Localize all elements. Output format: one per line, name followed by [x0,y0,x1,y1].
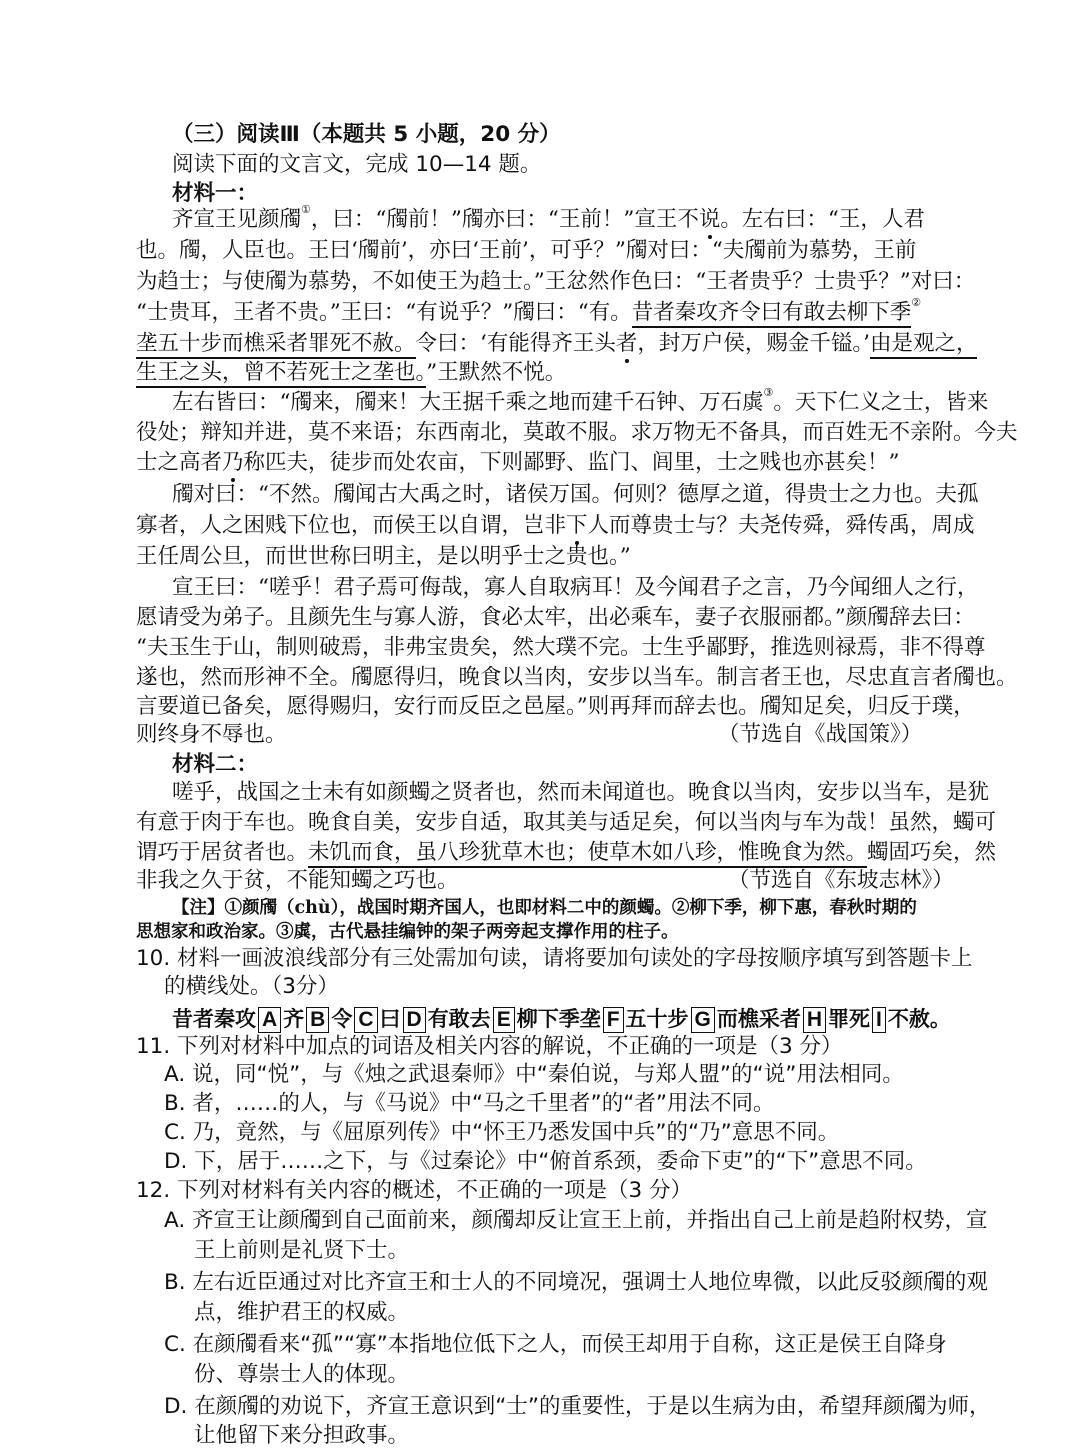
q12-stem: 12. 下列对材料有关内容的概述，不正确的一项是（3 分） [136,1176,692,1206]
notes-line2: 思想家和政治家。③虡，古代悬挂编钟的架子两旁起支撑作用的柱子。 [136,917,679,947]
q10-stem-line2: 的横线处。（3分） [164,972,339,1002]
material1-p4-line2: 愿请受为弟子。且颜先生与寡人游，食必太牢，出必乘车，妻子衣服丽都。”颜斶辞去曰： [136,603,975,633]
emphasis-dot-word: 下 [566,513,588,538]
option-box-e[interactable]: E [493,1007,515,1033]
q11-option-a[interactable]: A. 说，同“悦”，与《烛之武退秦师》中“秦伯说，与郑人盟”的“说”用法相同。 [164,1060,904,1090]
footnote-marker-2: ② [911,296,921,309]
material1-p1-line3: 为趋士；与使斶为慕势，不如使王为趋士。”王忿然作色曰：“王者贵乎？士贵乎？”对曰… [136,267,975,297]
material1-p2-line3: 士之高者乃称匹夫，徒步而处农亩，下则鄙野、监门、闾里，士之贱也亦甚矣！” [136,448,900,478]
option-box-d[interactable]: D [403,1007,426,1033]
material1-p4-line5: 言要道已备矣，愿得赐归，安行而反臣之邑屋。”则再拜而辞去也。斶知足矣，归反于璞， [136,692,975,722]
section-title: （三）阅读Ⅲ（本题共 5 小题，20 分） [172,120,561,150]
material1-p3-line2: 寡者，人之困贱下位也，而侯王以自谓，岂非下人而尊贵士与？夫尧传舜，舜传禹，周成 [136,511,975,541]
material1-p1-line1: 齐宣王见颜斶①，曰：“斶前！”斶亦曰：“王前！”宣王不说。左右曰：“王，人君 [172,205,925,235]
q11-stem: 11. 下列对材料中加点的词语及相关内容的解说，不正确的一项是（3 分） [136,1032,843,1062]
material2-line4: 非我之久于贫，不能知蠋之巧也。 [136,866,459,896]
emphasis-dot-word: 说 [699,207,721,232]
material1-p1-line5: 垄五十步而樵采者罪死不赦。令曰：‘有能得齐王头者，封万户侯，赐金千镒。’由是观之… [136,329,977,359]
footnote-marker-1: ① [301,203,311,216]
instruction: 阅读下面的文言文，完成 10—14 题。 [172,150,541,180]
underline-sentence: 由是观之， [870,331,978,359]
wavy-underline-passage: 垄五十步而樵采者罪死不赦。 [136,331,416,359]
material1-source: （节选自《战国策》） [718,720,922,750]
q11-option-b[interactable]: B. 者，……的人，与《马说》中“马之千里者”的“者”用法不同。 [164,1089,774,1119]
option-box-g[interactable]: G [691,1007,715,1033]
material2-source: （节选自《东坡志林》） [728,866,954,896]
option-box-c[interactable]: C [354,1007,377,1033]
wavy-underline-passage: 昔者秦攻齐令曰有敢去柳下季 [632,300,912,328]
q11-option-c[interactable]: C. 乃，竟然，与《屈原列传》中“怀王乃悉发国中兵”的“乃”意思不同。 [164,1118,839,1148]
option-box-b[interactable]: B [306,1007,329,1033]
emphasis-dot-word: 者 [616,331,638,356]
material1-p3-line3: 王任周公旦，而世世称曰明主，是以明乎士之贵也。” [136,542,631,572]
material1-p1-line2: 也。斶，人臣也。王曰‘斶前’，亦曰‘王前’，可乎？”斶对曰：“夫斶前为慕势，王前 [136,236,916,266]
material2-line2: 有意于肉于车也。晚食自美，安步自适，取其美与适足矣，何以当肉与车为哉！虽然，蠋可 [136,808,996,838]
material1-p2-line1: 左右皆曰：“斶来，斶来！大王据千乘之地而建千石钟、万石虡③。天下仁义之士，皆来 [172,388,988,418]
material1-p3-line1: 斶对曰：“不然。斶闻古大禹之时，诸侯万国。何则？德厚之道，得贵士之力也。夫孤 [172,480,979,510]
material2-label: 材料二： [172,750,258,780]
material1-p2-line2: 役处；辩知并进，莫不来语；东西南北，莫敢不服。求万物无不备具，而百姓无不亲附。今… [136,418,1018,448]
material1-p1-line6: 生王之头，曾不若死士之垄也。”王默然不悦。 [136,358,566,388]
option-box-i[interactable]: I [872,1007,886,1033]
material1-p4-line6: 则终身不辱也。 [136,720,287,750]
material1-p4-line3: “夫玉生于山，制则破焉，非弗宝贵矣，然大璞不完。士生乎鄙野，推选则禄焉，非不得尊 [136,633,986,663]
material1-p1-line4: “士贵耳，王者不贵。”王曰：“有说乎？”斶曰：“有。昔者秦攻齐令曰有敢去柳下季② [136,298,921,328]
material2-line3: 谓巧于居贫者也。未饥而食，虽八珍犹草木也；使草木如八珍，惟晚食为然。蠋固巧矣，然 [136,838,996,868]
q10-stem-line1: 10. 材料一画波浪线部分有三处需加句读，请将要加句读处的字母按顺序填写到答题卡… [136,944,973,974]
footnote-marker-3: ③ [764,386,774,399]
q10-punctuation-passage: 昔者秦攻A齐B令C曰D有敢去E柳下季垄F五十步G而樵采者H罪死I不赦。 [172,1004,951,1034]
emphasis-dot-word: 乃 [222,450,244,475]
material1-p4-line1: 宣王曰：“嗟乎！君子焉可侮哉，寡人自取病耳！及今闻君子之言，乃今闻细人之行， [172,573,979,603]
option-box-f[interactable]: F [603,1007,624,1033]
material2-line1: 嗟乎，战国之士未有如颜蠋之贤者也，然而未闻道也。晚食以当肉，安步以当车，是犹 [172,778,989,808]
underline-sentence: 未饥而食，虽八珍犹草木也；使草木如八珍，惟晚食为然。 [308,840,867,868]
material1-p4-line4: 遂也，然而形神不全。斶愿得归，晚食以当肉，安步以当车。制言者王也，尽忠直言者斶也… [136,663,1018,693]
option-box-h[interactable]: H [803,1007,826,1033]
option-box-a[interactable]: A [258,1007,281,1033]
underline-sentence: 生王之头，曾不若死士之垄也。 [136,360,426,388]
q11-option-d[interactable]: D. 下，居于……之下，与《过秦论》中“俯首系颈，委命下吏”的“下”意思不同。 [164,1147,927,1177]
